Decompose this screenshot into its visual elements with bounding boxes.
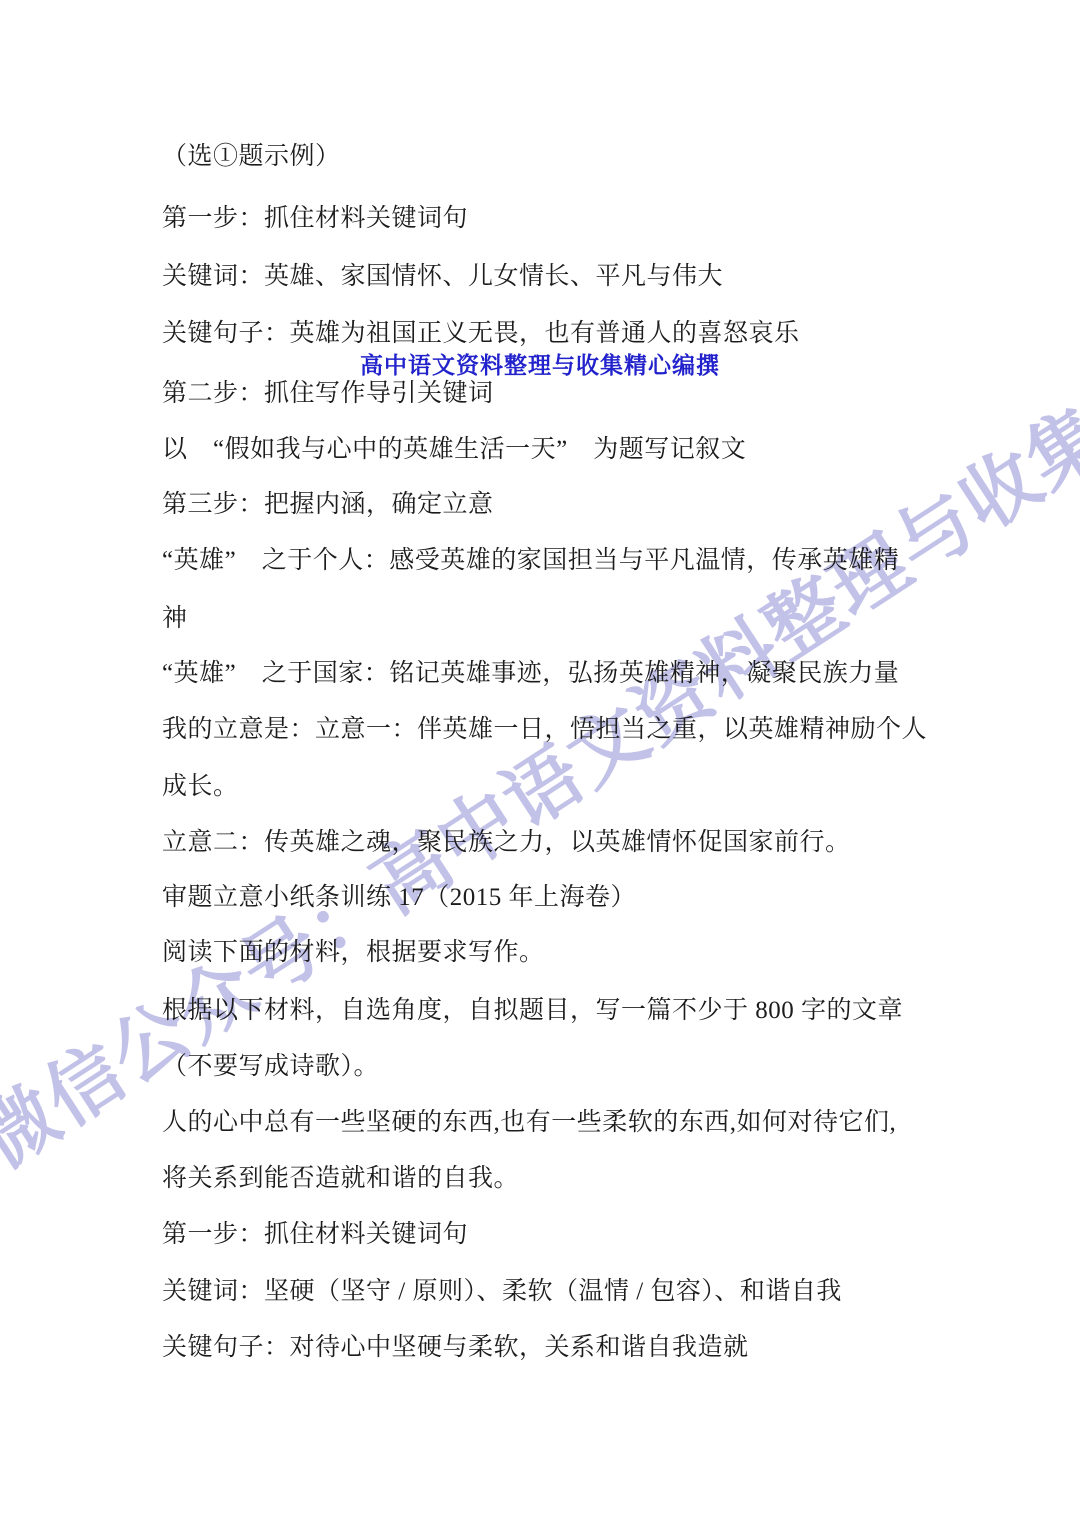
document-body: （选①题示例） 第一步：抓住材料关键词句 关键词：英雄、家国情怀、儿女情长、平凡…	[0, 0, 1080, 1528]
text-line: 关键句子：对待心中坚硬与柔软，关系和谐自我造就	[162, 1334, 940, 1363]
text-line: 第一步：抓住材料关键词句	[162, 1221, 940, 1250]
text-line: “英雄” 之于个人：感受英雄的家国担当与平凡温情，传承英雄精	[162, 547, 940, 576]
text-line: （选①题示例）	[162, 143, 940, 172]
text-line: 根据以下材料，自选角度，自拟题目，写一篇不少于 800 字的文章	[162, 997, 940, 1026]
text-line: 将关系到能否造就和谐的自我。	[162, 1165, 940, 1194]
text-line: 关键句子：英雄为祖国正义无畏，也有普通人的喜怒哀乐	[162, 320, 940, 349]
text-line: 关键词：坚硬（坚守 / 原则）、柔软（温情 / 包容）、和谐自我	[162, 1278, 940, 1307]
text-line: 人的心中总有一些坚硬的东西,也有一些柔软的东西,如何对待它们,	[162, 1109, 940, 1138]
text-line: 第三步：把握内涵，确定立意	[162, 491, 940, 520]
text-line: 阅读下面的材料，根据要求写作。	[162, 939, 940, 968]
text-line: “英雄” 之于国家：铭记英雄事迹，弘扬英雄精神，凝聚民族力量	[162, 660, 940, 689]
text-line: 成长。	[162, 773, 940, 802]
text-line: 关键词：英雄、家国情怀、儿女情长、平凡与伟大	[162, 263, 940, 292]
text-line: （不要写成诗歌）。	[162, 1053, 940, 1082]
text-line: 神	[162, 605, 940, 634]
text-line: 我的立意是：立意一：伴英雄一日，悟担当之重，以英雄精神励个人	[162, 716, 940, 745]
text-line: 以 “假如我与心中的英雄生活一天” 为题写记叙文	[162, 436, 940, 465]
text-line: 第二步：抓住写作导引关键词	[162, 380, 940, 409]
source-notice: 高中语文资料整理与收集精心编撰	[0, 347, 1080, 380]
text-line: 第一步：抓住材料关键词句	[162, 205, 940, 234]
text-line: 立意二：传英雄之魂，聚民族之力，以英雄情怀促国家前行。	[162, 829, 940, 858]
text-line: 审题立意小纸条训练 17（2015 年上海卷）	[162, 884, 940, 913]
document-page: 微信公众号：高中语文资料整理与收集 （选①题示例） 第一步：抓住材料关键词句 关…	[0, 0, 1080, 1528]
